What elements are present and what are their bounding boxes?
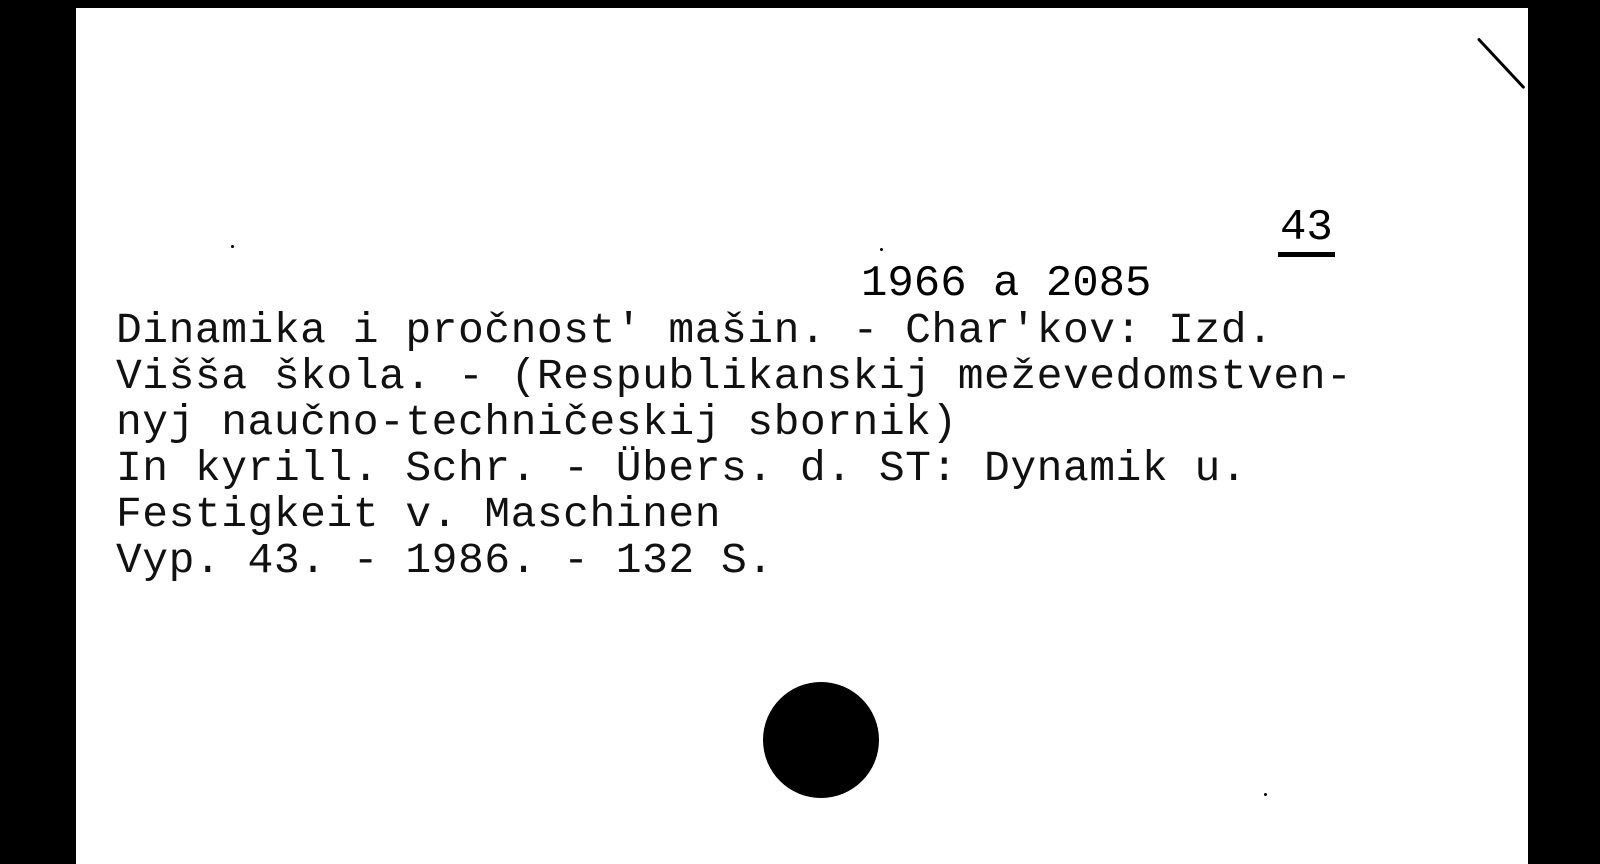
entry-line-issue-details: Vyp. 43. - 1986. - 132 S. (116, 538, 1352, 584)
entry-line-translated-title: Festigkeit v. Maschinen (116, 492, 1352, 538)
entry-line-publisher: Višša škola. - (Respublikanskij meževedo… (116, 354, 1352, 400)
scanned-catalog-card: 43 1966 a 2085 Dinamika i pročnost' maši… (0, 0, 1600, 864)
ink-speck (231, 245, 234, 248)
punch-hole (763, 682, 879, 798)
catalog-card: 43 1966 a 2085 Dinamika i pročnost' maši… (76, 8, 1528, 864)
ink-speck (1264, 793, 1267, 796)
bibliographic-entry: Dinamika i pročnost' mašin. - Char'kov: … (116, 308, 1352, 584)
pencil-slash-mark (1477, 37, 1526, 89)
entry-line-series: nyj naučno-techničeskij sbornik) (116, 400, 1352, 446)
volume-number: 43 (1278, 204, 1335, 257)
call-number: 1966 a 2085 (861, 260, 1151, 308)
entry-line-translation-note: In kyrill. Schr. - Übers. d. ST: Dynamik… (116, 446, 1352, 492)
ink-speck (880, 248, 883, 251)
entry-line-title: Dinamika i pročnost' mašin. - Char'kov: … (116, 308, 1352, 354)
